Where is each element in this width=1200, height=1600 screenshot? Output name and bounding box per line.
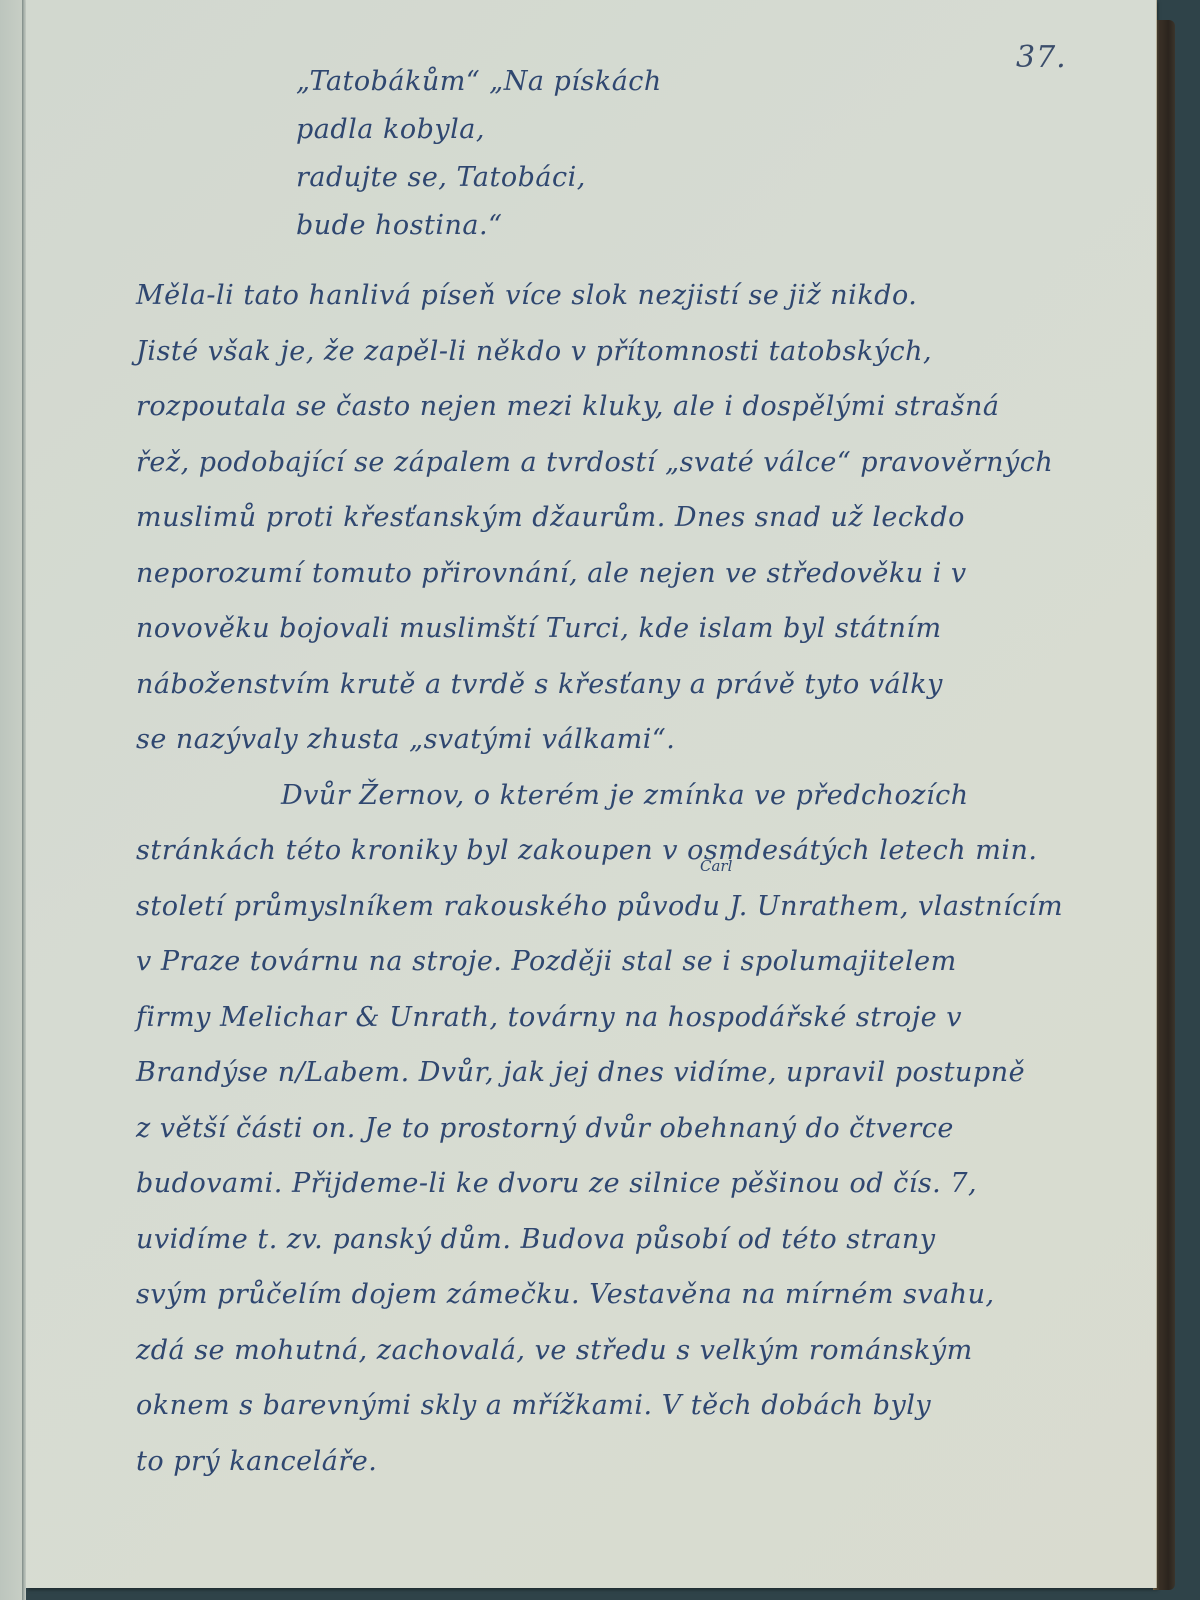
text-line: řež, podobající se zápalem a tvrdostí „s… bbox=[136, 435, 1016, 491]
verse-line: bude hostina.“ bbox=[296, 202, 662, 250]
text-line: století průmyslníkem rakouského původu J… bbox=[136, 879, 1016, 935]
chronicle-page: 37. „Tatobákům“ „Na pískách padla kobyla… bbox=[26, 0, 1156, 1588]
text-line: to prý kanceláře. bbox=[136, 1434, 1016, 1490]
text-line: náboženstvím krutě a tvrdě s křesťany a … bbox=[136, 657, 1016, 713]
text-line: firmy Melichar & Unrath, továrny na hosp… bbox=[136, 990, 1016, 1046]
left-page-edge bbox=[0, 0, 22, 1600]
text-line: z větší části on. Je to prostorný dvůr o… bbox=[136, 1101, 1016, 1157]
verse-line: radujte se, Tatobáci, bbox=[296, 154, 662, 202]
text-line: Měla-li tato hanlivá píseň více slok nez… bbox=[136, 268, 1016, 324]
text-line: stránkách této kroniky byl zakoupen v os… bbox=[136, 823, 1016, 879]
body-text: Měla-li tato hanlivá píseň více slok nez… bbox=[136, 268, 1016, 1489]
text-line: se nazývaly zhusta „svatými válkami“. bbox=[136, 712, 1016, 768]
text-line: v Praze továrnu na stroje. Později stal … bbox=[136, 934, 1016, 990]
verse-line: padla kobyla, bbox=[296, 106, 662, 154]
text-line: Brandýse n/Labem. Dvůr, jak jej dnes vid… bbox=[136, 1045, 1016, 1101]
text-line: oknem s barevnými skly a mřížkami. V těc… bbox=[136, 1378, 1016, 1434]
text-line: rozpoutala se často nejen mezi kluky, al… bbox=[136, 379, 1016, 435]
text-line: neporozumí tomuto přirovnání, ale nejen … bbox=[136, 546, 1016, 602]
text-line: budovami. Přijdeme-li ke dvoru ze silnic… bbox=[136, 1156, 1016, 1212]
page-number: 37. bbox=[1016, 40, 1067, 75]
scanned-book-page: 37. „Tatobákům“ „Na pískách padla kobyla… bbox=[0, 0, 1200, 1600]
interlinear-correction: Carl bbox=[700, 857, 732, 875]
book-cover-edge bbox=[1153, 20, 1175, 1590]
verse-line: „Tatobákům“ „Na pískách bbox=[296, 58, 662, 106]
text-line: novověku bojovali muslimští Turci, kde i… bbox=[136, 601, 1016, 657]
verse-block: „Tatobákům“ „Na pískách padla kobyla, ra… bbox=[296, 58, 662, 250]
text-line: svým průčelím dojem zámečku. Vestavěna n… bbox=[136, 1267, 1016, 1323]
text-line: muslimů proti křesťanským džaurům. Dnes … bbox=[136, 490, 1016, 546]
paragraph-start-line: Dvůr Žernov, o kterém je zmínka ve předc… bbox=[136, 768, 1016, 824]
text-line: zdá se mohutná, zachovalá, ve středu s v… bbox=[136, 1323, 1016, 1379]
text-line: Jisté však je, že zapěl-li někdo v příto… bbox=[136, 324, 1016, 380]
text-line: uvidíme t. zv. panský dům. Budova působí… bbox=[136, 1212, 1016, 1268]
